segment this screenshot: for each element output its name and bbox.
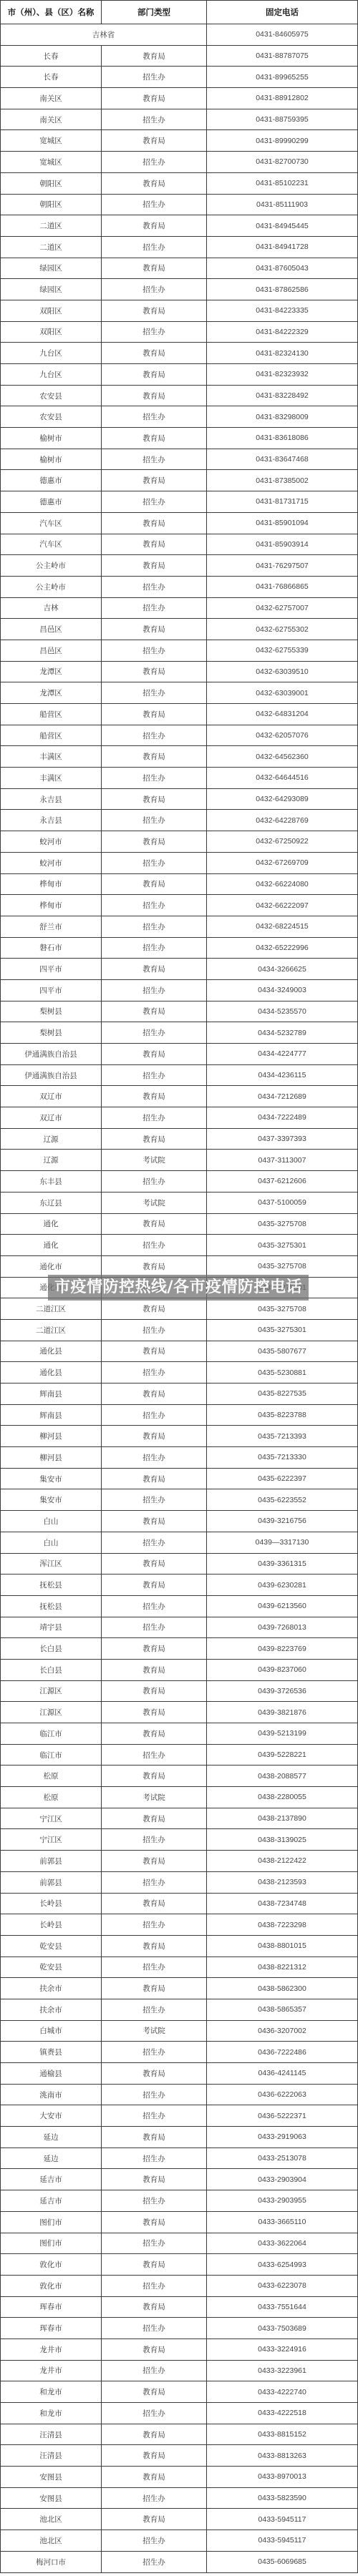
phone-cell: 0439-6230281 bbox=[207, 1575, 358, 1596]
department-type-cell: 教育局 bbox=[102, 1128, 207, 1150]
region-name-cell: 四平市 bbox=[1, 959, 102, 980]
phone-cell: 0435-3275708 bbox=[207, 1255, 358, 1277]
department-type-cell: 教育局 bbox=[102, 1893, 207, 1914]
table-row: 汪清县教育局0433-8813263 bbox=[1, 2445, 358, 2467]
phone-cell: 0433-4222518 bbox=[207, 2403, 358, 2424]
phone-cell: 0438-2123593 bbox=[207, 1871, 358, 1893]
phone-cell: 0432-64293089 bbox=[207, 788, 358, 810]
phone-cell: 0432-62755339 bbox=[207, 640, 358, 661]
region-name-cell: 汽车区 bbox=[1, 534, 102, 555]
department-type-cell: 招生办 bbox=[102, 2084, 207, 2105]
phone-cell: 0433-2903955 bbox=[207, 2190, 358, 2212]
table-row: 图们市教育局0433-3665110 bbox=[1, 2211, 358, 2233]
region-name-cell: 永吉县 bbox=[1, 810, 102, 831]
department-type-cell: 招生办 bbox=[102, 2487, 207, 2509]
phone-cell: 0431-85111903 bbox=[207, 194, 358, 215]
department-type-cell: 教育局 bbox=[102, 704, 207, 725]
table-row: 汽车区教育局0431-85901094 bbox=[1, 512, 358, 534]
region-name-cell: 江源区 bbox=[1, 1680, 102, 1702]
region-name-cell: 集安市 bbox=[1, 1489, 102, 1511]
region-name-cell: 磐石市 bbox=[1, 937, 102, 959]
region-name-cell: 农安县 bbox=[1, 406, 102, 428]
phone-cell: 0433-3665110 bbox=[207, 2211, 358, 2233]
department-type-cell: 教育局 bbox=[102, 1808, 207, 1829]
table-row: 龙潭区教育局0432-63039510 bbox=[1, 661, 358, 682]
department-type-cell: 教育局 bbox=[102, 343, 207, 364]
region-name-cell: 船营区 bbox=[1, 725, 102, 746]
region-name-cell: 白山 bbox=[1, 1511, 102, 1532]
department-type-cell: 教育局 bbox=[102, 2254, 207, 2276]
table-row: 集安市教育局0435-6222397 bbox=[1, 1468, 358, 1489]
department-type-cell: 教育局 bbox=[102, 258, 207, 279]
header-region-name: 市（州）、县（区）名称 bbox=[1, 1, 102, 24]
department-type-cell: 教育局 bbox=[102, 534, 207, 555]
phone-cell: 0431-82323932 bbox=[207, 364, 358, 386]
table-row: 吉林招生办0432-62757007 bbox=[1, 597, 358, 619]
region-name-cell: 敦化市 bbox=[1, 2254, 102, 2276]
region-name-cell: 长白县 bbox=[1, 1659, 102, 1680]
department-type-cell: 教育局 bbox=[102, 2339, 207, 2360]
phone-cell: 0432-66222097 bbox=[207, 895, 358, 916]
department-type-cell: 教育局 bbox=[102, 428, 207, 449]
phone-cell: 0431-85901094 bbox=[207, 512, 358, 534]
table-row: 公主岭市教育局0431-76297507 bbox=[1, 555, 358, 577]
phone-cell: 0435-8223788 bbox=[207, 1404, 358, 1426]
phone-cell: 0433-8970013 bbox=[207, 2467, 358, 2488]
table-row: 集安市招生办0435-6223552 bbox=[1, 1489, 358, 1511]
department-type-cell: 教育局 bbox=[102, 364, 207, 386]
region-name-cell: 镇赉县 bbox=[1, 2042, 102, 2063]
region-name-cell: 梨树县 bbox=[1, 1001, 102, 1022]
table-row: 二道区招生办0431-84941728 bbox=[1, 236, 358, 258]
region-name-cell: 公主岭市 bbox=[1, 555, 102, 577]
phone-cell: 0431-87862586 bbox=[207, 279, 358, 300]
department-type-cell: 招生办 bbox=[102, 1022, 207, 1044]
phone-cell: 0432-64228769 bbox=[207, 810, 358, 831]
region-name-cell: 通化县 bbox=[1, 1362, 102, 1384]
department-type-cell: 考试院 bbox=[102, 1787, 207, 1808]
region-name-cell: 榆树市 bbox=[1, 428, 102, 449]
phone-cell: 0435-5230881 bbox=[207, 1362, 358, 1384]
phone-cell: 0432-67250922 bbox=[207, 831, 358, 853]
table-row: 长岭县招生办0438-7223298 bbox=[1, 1914, 358, 1936]
phone-cell: 0436-6222063 bbox=[207, 2084, 358, 2105]
region-name-cell: 安图县 bbox=[1, 2487, 102, 2509]
phone-cell: 0437-3113007 bbox=[207, 1150, 358, 1171]
department-type-cell: 教育局 bbox=[102, 1001, 207, 1022]
overlay-title-banner: 市疫情防控热线/各市疫情防控电话 bbox=[48, 1275, 309, 1301]
table-row: 梅河口市招生办0435-6069685 bbox=[1, 2551, 358, 2572]
phone-cell: 0432-68224515 bbox=[207, 916, 358, 937]
department-type-cell: 招生办 bbox=[102, 1447, 207, 1469]
region-name-cell: 松原 bbox=[1, 1766, 102, 1787]
phone-cell: 0434-4224777 bbox=[207, 1044, 358, 1065]
department-type-cell: 招生办 bbox=[102, 236, 207, 258]
region-name-cell: 德惠市 bbox=[1, 491, 102, 513]
phone-cell: 0435-7213330 bbox=[207, 1447, 358, 1469]
department-type-cell: 招生办 bbox=[102, 2403, 207, 2424]
region-name-cell: 珲春市 bbox=[1, 2296, 102, 2318]
region-name-cell: 乾安县 bbox=[1, 1935, 102, 1957]
department-type-cell: 教育局 bbox=[102, 1511, 207, 1532]
region-name-cell: 通化县 bbox=[1, 1341, 102, 1362]
region-name-cell: 延吉市 bbox=[1, 2190, 102, 2212]
table-row: 朝阳区教育局0431-85102231 bbox=[1, 172, 358, 194]
phone-cell: 0433-2919063 bbox=[207, 2127, 358, 2148]
region-name-cell: 长春 bbox=[1, 67, 102, 88]
table-row: 梨树县教育局0434-5235570 bbox=[1, 1001, 358, 1022]
phone-cell: 0439-8223769 bbox=[207, 1638, 358, 1660]
table-row: 和龙市招生办0433-4222518 bbox=[1, 2403, 358, 2424]
region-name-cell: 辽源 bbox=[1, 1128, 102, 1150]
region-name-cell: 朝阳区 bbox=[1, 172, 102, 194]
phone-cell: 0437-3397393 bbox=[207, 1128, 358, 1150]
department-type-cell: 招生办 bbox=[102, 1404, 207, 1426]
province-phone: 0431-84605975 bbox=[207, 24, 358, 46]
table-header-row: 市（州）、县（区）名称 部门类型 固定电话 bbox=[1, 1, 358, 24]
phone-cell: 0431-88912802 bbox=[207, 88, 358, 109]
region-name-cell: 辉南县 bbox=[1, 1404, 102, 1426]
table-row: 池北区招生办0433-5945117 bbox=[1, 2530, 358, 2552]
region-name-cell: 公主岭市 bbox=[1, 576, 102, 597]
phone-cell: 0433-3223961 bbox=[207, 2360, 358, 2381]
phone-cell: 0436-4241145 bbox=[207, 2063, 358, 2085]
phone-cell: 0436-3207002 bbox=[207, 2020, 358, 2042]
table-row: 绿园区教育局0431-87605043 bbox=[1, 258, 358, 279]
phone-cell: 0432-62755302 bbox=[207, 619, 358, 640]
table-row: 松原考试院0438-2280055 bbox=[1, 1787, 358, 1808]
phone-cell: 0434-3266625 bbox=[207, 959, 358, 980]
department-type-cell: 招生办 bbox=[102, 1957, 207, 1978]
department-type-cell: 教育局 bbox=[102, 1851, 207, 1872]
province-row: 吉林省 0431-84605975 bbox=[1, 24, 358, 46]
phone-cell: 0431-83298009 bbox=[207, 406, 358, 428]
phone-cell: 0433-3224916 bbox=[207, 2339, 358, 2360]
department-type-cell: 招生办 bbox=[102, 1107, 207, 1129]
department-type-cell: 招生办 bbox=[102, 916, 207, 937]
department-type-cell: 教育局 bbox=[102, 1341, 207, 1362]
phone-cell: 0432-63039510 bbox=[207, 661, 358, 682]
phone-cell: 0438-2122422 bbox=[207, 1851, 358, 1872]
table-row: 宁江区教育局0438-2137890 bbox=[1, 1808, 358, 1829]
table-row: 江源区教育局0439-3821876 bbox=[1, 1702, 358, 1723]
region-name-cell: 前郭县 bbox=[1, 1871, 102, 1893]
region-name-cell: 扶余市 bbox=[1, 1999, 102, 2020]
department-type-cell: 教育局 bbox=[102, 959, 207, 980]
province-name: 吉林省 bbox=[1, 24, 207, 46]
department-type-cell: 招生办 bbox=[102, 2551, 207, 2572]
table-row: 昌邑区招生办0432-62755339 bbox=[1, 640, 358, 661]
table-row: 德惠市教育局0431-87385002 bbox=[1, 470, 358, 491]
phone-cell: 0432-62757007 bbox=[207, 597, 358, 619]
region-name-cell: 延边 bbox=[1, 2148, 102, 2169]
phone-cell: 0439-5213199 bbox=[207, 1723, 358, 1745]
department-type-cell: 招生办 bbox=[102, 2360, 207, 2381]
phone-cell: 0433-3622064 bbox=[207, 2233, 358, 2254]
table-row: 通榆县教育局0436-4241145 bbox=[1, 2063, 358, 2085]
department-type-cell: 教育局 bbox=[102, 512, 207, 534]
table-row: 舒兰市招生办0432-68224515 bbox=[1, 916, 358, 937]
phone-cell: 0433-5823590 bbox=[207, 2487, 358, 2509]
department-type-cell: 招生办 bbox=[102, 1595, 207, 1617]
phone-cell: 0439-3216756 bbox=[207, 1511, 358, 1532]
table-row: 永吉县教育局0432-64293089 bbox=[1, 788, 358, 810]
department-type-cell: 教育局 bbox=[102, 831, 207, 853]
phone-cell: 0431-83647468 bbox=[207, 449, 358, 470]
region-name-cell: 柳河县 bbox=[1, 1426, 102, 1447]
department-type-cell: 招生办 bbox=[102, 597, 207, 619]
region-name-cell: 敦化市 bbox=[1, 2275, 102, 2296]
table-row: 大安市招生办0436-5222371 bbox=[1, 2105, 358, 2127]
phone-cell: 0431-81731715 bbox=[207, 491, 358, 513]
region-name-cell: 德惠市 bbox=[1, 470, 102, 491]
phone-cell: 0438-2088577 bbox=[207, 1766, 358, 1787]
region-name-cell: 南关区 bbox=[1, 109, 102, 130]
table-row: 东辽县考试院0437-5100059 bbox=[1, 1192, 358, 1213]
department-type-cell: 教育局 bbox=[102, 1255, 207, 1277]
department-type-cell: 教育局 bbox=[102, 1384, 207, 1405]
table-row: 朝阳区招生办0431-85111903 bbox=[1, 194, 358, 215]
region-name-cell: 白城市 bbox=[1, 2020, 102, 2042]
phone-cell: 0431-83228492 bbox=[207, 385, 358, 406]
department-type-cell: 教育局 bbox=[102, 1575, 207, 1596]
department-type-cell: 教育局 bbox=[102, 619, 207, 640]
phone-cell: 0433-2903904 bbox=[207, 2169, 358, 2190]
table-row: 绿园区招生办0431-87862586 bbox=[1, 279, 358, 300]
phone-cell: 0432-64831204 bbox=[207, 704, 358, 725]
table-row: 安图县教育局0433-8970013 bbox=[1, 2467, 358, 2488]
department-type-cell: 教育局 bbox=[102, 1766, 207, 1787]
region-name-cell: 龙潭区 bbox=[1, 682, 102, 704]
region-name-cell: 宁江区 bbox=[1, 1829, 102, 1851]
region-name-cell: 绿园区 bbox=[1, 258, 102, 279]
department-type-cell: 招生办 bbox=[102, 2275, 207, 2296]
region-name-cell: 宽城区 bbox=[1, 130, 102, 152]
table-row: 双阳区教育局0431-84223335 bbox=[1, 300, 358, 321]
table-row: 九台区教育局0431-82323932 bbox=[1, 364, 358, 386]
region-name-cell: 集安市 bbox=[1, 1468, 102, 1489]
table-row: 松原教育局0438-2088577 bbox=[1, 1766, 358, 1787]
phone-cell: 0435-7213393 bbox=[207, 1426, 358, 1447]
region-name-cell: 船营区 bbox=[1, 704, 102, 725]
department-type-cell: 招生办 bbox=[102, 279, 207, 300]
phone-cell: 0431-85102231 bbox=[207, 172, 358, 194]
phone-cell: 0434-7212689 bbox=[207, 1086, 358, 1107]
phone-cell: 0432-63039001 bbox=[207, 682, 358, 704]
table-row: 抚松县招生办0439-6213560 bbox=[1, 1595, 358, 1617]
table-row: 通化教育局0435-3275708 bbox=[1, 1213, 358, 1235]
phone-cell: 0432-66224080 bbox=[207, 873, 358, 895]
table-row: 临江市招生办0439-5228221 bbox=[1, 1744, 358, 1766]
region-name-cell: 宽城区 bbox=[1, 152, 102, 173]
table-row: 通化县招生办0435-5230881 bbox=[1, 1362, 358, 1384]
region-name-cell: 吉林 bbox=[1, 597, 102, 619]
region-name-cell: 伊通满族自治县 bbox=[1, 1064, 102, 1086]
region-name-cell: 龙井市 bbox=[1, 2339, 102, 2360]
department-type-cell: 招生办 bbox=[102, 1914, 207, 1936]
department-type-cell: 招生办 bbox=[102, 1171, 207, 1192]
table-row: 辽源考试院0437-3113007 bbox=[1, 1150, 358, 1171]
phone-cell: 0434-3249003 bbox=[207, 979, 358, 1001]
phone-cell: 0434-7222489 bbox=[207, 1107, 358, 1129]
table-row: 梨树县招生办0434-5232789 bbox=[1, 1022, 358, 1044]
table-row: 敦化市教育局0433-6254993 bbox=[1, 2254, 358, 2276]
table-row: 宁江区招生办0438-3139025 bbox=[1, 1829, 358, 1851]
region-name-cell: 辽源 bbox=[1, 1150, 102, 1171]
phone-cell: 0431-82700730 bbox=[207, 152, 358, 173]
region-name-cell: 汪清县 bbox=[1, 2424, 102, 2445]
department-type-cell: 教育局 bbox=[102, 470, 207, 491]
department-type-cell: 教育局 bbox=[102, 385, 207, 406]
phone-cell: 0435-8227535 bbox=[207, 1384, 358, 1405]
region-name-cell: 朝阳区 bbox=[1, 194, 102, 215]
department-type-cell: 教育局 bbox=[102, 88, 207, 109]
department-type-cell: 教育局 bbox=[102, 1086, 207, 1107]
phone-cell: 0433-7503689 bbox=[207, 2318, 358, 2339]
department-type-cell: 招生办 bbox=[102, 67, 207, 88]
region-name-cell: 江源区 bbox=[1, 1702, 102, 1723]
department-type-cell: 招生办 bbox=[102, 1744, 207, 1766]
department-type-cell: 教育局 bbox=[102, 1702, 207, 1723]
department-type-cell: 招生办 bbox=[102, 194, 207, 215]
phone-cell: 0437-5100059 bbox=[207, 1192, 358, 1213]
table-row: 柳河县招生办0435-7213330 bbox=[1, 1447, 358, 1469]
table-row: 汽车区教育局0431-85903914 bbox=[1, 534, 358, 555]
table-row: 昌邑区教育局0432-62755302 bbox=[1, 619, 358, 640]
table-row: 双阳区招生办0431-84222329 bbox=[1, 321, 358, 343]
table-row: 农安县招生办0431-83298009 bbox=[1, 406, 358, 428]
department-type-cell: 招生办 bbox=[102, 725, 207, 746]
department-type-cell: 招生办 bbox=[102, 768, 207, 789]
department-type-cell: 招生办 bbox=[102, 1319, 207, 1341]
table-row: 通化市教育局0435-3275708 bbox=[1, 1255, 358, 1277]
region-name-cell: 四平市 bbox=[1, 979, 102, 1001]
department-type-cell: 教育局 bbox=[102, 2445, 207, 2467]
region-name-cell: 农安县 bbox=[1, 385, 102, 406]
table-row: 农安县教育局0431-83228492 bbox=[1, 385, 358, 406]
region-name-cell: 龙潭区 bbox=[1, 661, 102, 682]
department-type-cell: 招生办 bbox=[102, 1064, 207, 1086]
department-type-cell: 教育局 bbox=[102, 1426, 207, 1447]
region-name-cell: 通化 bbox=[1, 1213, 102, 1235]
table-row: 伊通满族自治县招生办0434-4236115 bbox=[1, 1064, 358, 1086]
region-name-cell: 临江市 bbox=[1, 1723, 102, 1745]
department-type-cell: 招生办 bbox=[102, 576, 207, 597]
table-row: 白山招生办0439—3317130 bbox=[1, 1532, 358, 1553]
phone-cell: 0433-8813263 bbox=[207, 2445, 358, 2467]
region-name-cell: 昌邑区 bbox=[1, 640, 102, 661]
region-name-cell: 通化市 bbox=[1, 1255, 102, 1277]
region-name-cell: 安图县 bbox=[1, 2467, 102, 2488]
table-row: 江源区教育局0439-3726536 bbox=[1, 1680, 358, 1702]
region-name-cell: 丰满区 bbox=[1, 746, 102, 768]
phone-cell: 0438-5862300 bbox=[207, 1978, 358, 1999]
table-row: 龙井市教育局0433-3224916 bbox=[1, 2339, 358, 2360]
phone-cell: 0433-6223078 bbox=[207, 2275, 358, 2296]
department-type-cell: 教育局 bbox=[102, 130, 207, 152]
table-row: 龙井市招生办0433-3223961 bbox=[1, 2360, 358, 2381]
table-row: 双辽市招生办0434-7222489 bbox=[1, 1107, 358, 1129]
department-type-cell: 招生办 bbox=[102, 895, 207, 916]
phone-cell: 0439-6213560 bbox=[207, 1595, 358, 1617]
table-row: 宽城区招生办0431-82700730 bbox=[1, 152, 358, 173]
header-phone: 固定电话 bbox=[207, 1, 358, 24]
table-row: 长白县教育局0439-8237060 bbox=[1, 1659, 358, 1680]
phone-cell: 0431-84222329 bbox=[207, 321, 358, 343]
phone-cell: 0433-6254993 bbox=[207, 2254, 358, 2276]
phone-cell: 0438-7234748 bbox=[207, 1893, 358, 1914]
table-row: 延吉市招生办0433-2903955 bbox=[1, 2190, 358, 2212]
phone-cell: 0431-85903914 bbox=[207, 534, 358, 555]
phone-cell: 0438-5865357 bbox=[207, 1999, 358, 2020]
department-type-cell: 教育局 bbox=[102, 1935, 207, 1957]
table-row: 安图县招生办0433-5823590 bbox=[1, 2487, 358, 2509]
table-row: 公主岭市招生办0431-76866865 bbox=[1, 576, 358, 597]
table-row: 船营区教育局0432-64831204 bbox=[1, 704, 358, 725]
phone-cell: 0431-87385002 bbox=[207, 470, 358, 491]
region-name-cell: 九台区 bbox=[1, 364, 102, 386]
table-row: 南关区招生办0431-88759395 bbox=[1, 109, 358, 130]
phone-cell: 0436-7222486 bbox=[207, 2042, 358, 2063]
region-name-cell: 二道区 bbox=[1, 236, 102, 258]
department-type-cell: 招生办 bbox=[102, 1235, 207, 1256]
table-row: 南关区教育局0431-88912802 bbox=[1, 88, 358, 109]
department-type-cell: 教育局 bbox=[102, 2169, 207, 2190]
region-name-cell: 双辽市 bbox=[1, 1086, 102, 1107]
department-type-cell: 教育局 bbox=[102, 1553, 207, 1575]
region-name-cell: 和龙市 bbox=[1, 2403, 102, 2424]
table-row: 和龙市教育局0433-4222740 bbox=[1, 2381, 358, 2403]
department-type-cell: 教育局 bbox=[102, 1723, 207, 1745]
department-type-cell: 招生办 bbox=[102, 1617, 207, 1638]
department-type-cell: 教育局 bbox=[102, 300, 207, 321]
department-type-cell: 招生办 bbox=[102, 1489, 207, 1511]
phone-cell: 0438-2137890 bbox=[207, 1808, 358, 1829]
department-type-cell: 教育局 bbox=[102, 2296, 207, 2318]
phone-cell: 0437-6212606 bbox=[207, 1171, 358, 1192]
region-name-cell: 抚松县 bbox=[1, 1575, 102, 1596]
region-name-cell: 梅河口市 bbox=[1, 2551, 102, 2572]
table-row: 龙潭区招生办0432-63039001 bbox=[1, 682, 358, 704]
phone-cell: 0438-3139025 bbox=[207, 1829, 358, 1851]
phone-cell: 0439-5228221 bbox=[207, 1744, 358, 1766]
table-row: 延吉市教育局0433-2903904 bbox=[1, 2169, 358, 2190]
department-type-cell: 招生办 bbox=[102, 979, 207, 1001]
table-row: 长春招生办0431-89965255 bbox=[1, 67, 358, 88]
table-row: 通化县教育局0435-5807677 bbox=[1, 1341, 358, 1362]
header-department-type: 部门类型 bbox=[102, 1, 207, 24]
department-type-cell: 教育局 bbox=[102, 788, 207, 810]
table-row: 四平市招生办0434-3249003 bbox=[1, 979, 358, 1001]
phone-cell: 0432-64562360 bbox=[207, 746, 358, 768]
phone-cell: 0439-3726536 bbox=[207, 1680, 358, 1702]
region-name-cell: 大安市 bbox=[1, 2105, 102, 2127]
region-name-cell: 南关区 bbox=[1, 88, 102, 109]
table-row: 双辽市教育局0434-7212689 bbox=[1, 1086, 358, 1107]
region-name-cell: 图们市 bbox=[1, 2233, 102, 2254]
department-type-cell: 招生办 bbox=[102, 1362, 207, 1384]
region-name-cell: 乾安县 bbox=[1, 1957, 102, 1978]
department-type-cell: 招生办 bbox=[102, 109, 207, 130]
phone-cell: 0431-89990299 bbox=[207, 130, 358, 152]
department-type-cell: 招生办 bbox=[102, 937, 207, 959]
department-type-cell: 招生办 bbox=[102, 852, 207, 873]
phone-cell: 0435-3275301 bbox=[207, 1235, 358, 1256]
department-type-cell: 考试院 bbox=[102, 2020, 207, 2042]
region-name-cell: 东丰县 bbox=[1, 1171, 102, 1192]
phone-cell: 0439—3317130 bbox=[207, 1532, 358, 1553]
table-row: 丰满区招生办0432-64644516 bbox=[1, 768, 358, 789]
